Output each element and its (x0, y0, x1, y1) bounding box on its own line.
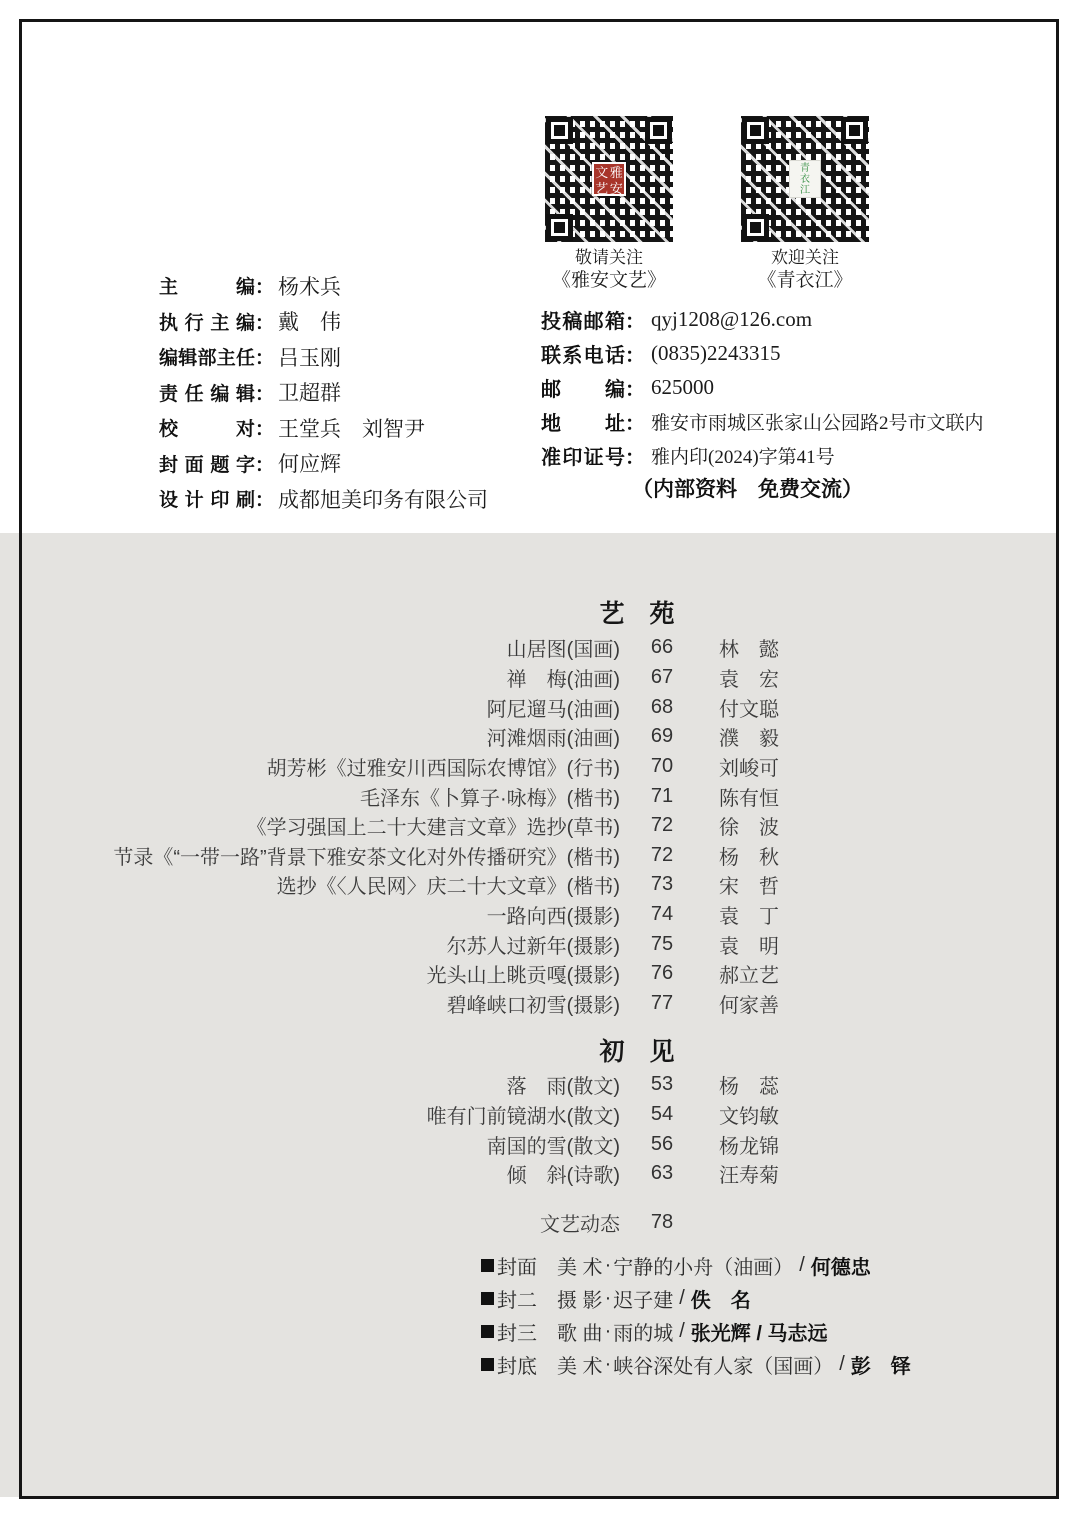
work-title: 南国的雪(散文) (60, 1130, 620, 1159)
colon: ： (255, 450, 274, 477)
contact-info-block: 投稿邮箱：qyj1208@126.com 联系电话：(0835)2243315 … (541, 302, 984, 504)
work-title: 碧峰峡口初雪(摄影) (60, 989, 620, 1018)
author-name: 濮 毅 (704, 722, 820, 751)
author-name: 陈有恒 (704, 782, 820, 811)
qr-code-yaan-wenyi: 文 雅 艺 安 (543, 114, 675, 244)
page-number: 70 (620, 755, 704, 778)
work-title: 节录《“一带一路”背景下雅安茶文化对外传播研究》(楷书) (60, 841, 620, 870)
cover-position-label: 封底 (497, 1350, 537, 1379)
slash-separator: / (839, 1353, 845, 1376)
black-square-icon (481, 1325, 494, 1338)
role-label: 封面题字 (159, 450, 255, 477)
dot-separator: · (605, 1353, 612, 1376)
colon: ： (625, 305, 645, 334)
page-number: 78 (620, 1211, 704, 1234)
author-name: 徐 波 (704, 811, 820, 840)
page-number: 74 (620, 903, 704, 926)
work-title: 《学习强国上二十大建言文章》选抄(草书) (60, 811, 620, 840)
toc-section-chujian: 落 雨(散文)53杨 蕊 唯有门前镜湖水(散文)54文钧敏 南国的雪(散文)56… (60, 1070, 820, 1189)
toc-row: 阿尼遛马(油画)68付文聪 (60, 692, 820, 722)
toc-row: 禅 梅(油画)67袁 宏 (60, 663, 820, 693)
dot-separator: · (605, 1287, 612, 1310)
cover-position-label: 封面 (497, 1251, 537, 1280)
address: 雅安市雨城区张家山公园路2号市文联内 (651, 408, 984, 435)
work-title: 唯有门前镜湖水(散文) (60, 1100, 620, 1129)
cover-credit-row: 封面美 术·宁静的小舟（油画）/何德忠 (481, 1249, 911, 1282)
author-name: 何家善 (704, 989, 820, 1018)
postal-code: 625000 (651, 375, 714, 400)
page-number: 69 (620, 725, 704, 748)
author-name: 郝立艺 (704, 959, 820, 988)
person-name: 王堂兵 刘智尹 (278, 413, 425, 443)
permit-number: 雅内印(2024)字第41号 (651, 442, 835, 469)
colon: ： (255, 308, 274, 335)
cover-position-label: 封三 (497, 1317, 537, 1346)
contact-label: 投稿邮箱 (541, 305, 625, 334)
contact-row: 投稿邮箱：qyj1208@126.com (541, 302, 984, 336)
editorial-row: 封面题字：何应辉 (159, 446, 488, 482)
editorial-row: 校对：王堂兵 刘智尹 (159, 410, 488, 446)
person-name: 何应辉 (278, 448, 341, 478)
work-title: 选抄《〈人民网〉庆二十大文章》(楷书) (60, 870, 620, 899)
page-number: 63 (620, 1162, 704, 1185)
qr-finder-icon (841, 117, 868, 144)
person-name: 戴 伟 (278, 306, 341, 336)
cover-author: 彭 铎 (851, 1350, 911, 1379)
qr-finder-icon (546, 117, 573, 144)
page-number: 67 (620, 666, 704, 689)
role-label: 主编 (159, 272, 255, 299)
author-name: 杨 蕊 (704, 1070, 820, 1099)
cover-work-title: 峡谷深处有人家（国画） (613, 1350, 833, 1379)
toc-row: 节录《“一带一路”背景下雅安茶文化对外传播研究》(楷书)72杨 秋 (60, 840, 820, 870)
person-name: 杨术兵 (278, 271, 341, 301)
work-title: 毛泽东《卜算子·咏梅》(楷书) (60, 782, 620, 811)
role-label: 责任编辑 (159, 379, 255, 406)
toc-row: 胡芳彬《过雅安川西国际农博馆》(行书)70刘峻可 (60, 752, 820, 782)
contact-row: 地址：雅安市雨城区张家山公园路2号市文联内 (541, 404, 984, 438)
author-name: 袁 丁 (704, 900, 820, 929)
colon: ： (255, 485, 274, 512)
logo-char: 文 (595, 165, 609, 180)
colon: ： (255, 379, 274, 406)
toc-row: 河滩烟雨(油画)69濮 毅 (60, 722, 820, 752)
caption-line: 《青衣江》 (695, 269, 915, 293)
qingyijiang-logo: 青 衣 江 (789, 160, 821, 198)
cover-work-title: 雨的城 (613, 1317, 673, 1346)
role-label: 校对 (159, 414, 255, 441)
page-number: 77 (620, 992, 704, 1015)
toc-extra: 文艺动态78 (60, 1208, 820, 1238)
cover-author: 张光辉 / 马志远 (691, 1317, 828, 1346)
logo-char: 艺 (595, 181, 609, 196)
cover-category: 歌 曲 (557, 1317, 603, 1346)
work-title: 山居图(国画) (60, 633, 620, 662)
contact-email: qyj1208@126.com (651, 307, 812, 332)
person-name: 成都旭美印务有限公司 (278, 484, 488, 514)
qr-caption-right: 欢迎关注 《青衣江》 (695, 247, 915, 293)
black-square-icon (481, 1259, 494, 1272)
section-heading-chujian: 初 见 (532, 1032, 742, 1068)
colon: ： (625, 441, 645, 470)
logo-char: 江 (800, 185, 810, 196)
author-name: 林 懿 (704, 633, 820, 662)
dot-separator: · (605, 1254, 612, 1277)
author-name: 杨 秋 (704, 841, 820, 870)
qr-finder-icon (645, 117, 672, 144)
toc-row: 山居图(国画)66林 懿 (60, 633, 820, 663)
internal-material-note: （内部资料 免费交流） (632, 472, 984, 504)
toc-row: 落 雨(散文)53杨 蕊 (60, 1070, 820, 1100)
author-name: 汪寿菊 (704, 1159, 820, 1188)
page-number: 72 (620, 814, 704, 837)
editorial-row: 主编：杨术兵 (159, 268, 488, 304)
dot-separator: · (605, 1320, 612, 1343)
cover-work-title: 迟子建 (613, 1284, 673, 1313)
toc-row: 毛泽东《卜算子·咏梅》(楷书)71陈有恒 (60, 781, 820, 811)
page-number: 56 (620, 1133, 704, 1156)
work-title: 一路向西(摄影) (60, 900, 620, 929)
slash-separator: / (679, 1320, 685, 1343)
work-title: 胡芳彬《过雅安川西国际农博馆》(行书) (60, 752, 620, 781)
editorial-row: 责任编辑：卫超群 (159, 375, 488, 411)
editorial-row: 设计印刷：成都旭美印务有限公司 (159, 481, 488, 517)
cover-author: 佚 名 (691, 1284, 751, 1313)
page-number: 54 (620, 1103, 704, 1126)
yaan-wenyi-seal-logo: 文 雅 艺 安 (592, 162, 626, 196)
page-number: 53 (620, 1073, 704, 1096)
qr-finder-icon (742, 214, 769, 241)
cover-work-title: 宁静的小舟（油画） (613, 1251, 793, 1280)
caption-line: 敬请关注 (499, 247, 719, 269)
contact-phone: (0835)2243315 (651, 341, 781, 366)
toc-row: 文艺动态78 (60, 1208, 820, 1238)
work-title: 倾 斜(诗歌) (60, 1159, 620, 1188)
magazine-colophon-page: 文 雅 艺 安 青 衣 江 敬请关注 《雅安文艺》 欢迎关注 《青衣江》 主编：… (0, 0, 1080, 1514)
colon: ： (625, 339, 645, 368)
editorial-row: 执行主编：戴 伟 (159, 304, 488, 340)
work-title: 落 雨(散文) (60, 1070, 620, 1099)
caption-line: 欢迎关注 (695, 247, 915, 269)
contact-row: 邮编：625000 (541, 370, 984, 404)
role-label: 编辑部主任 (159, 343, 255, 370)
page-number: 66 (620, 636, 704, 659)
logo-char: 衣 (800, 174, 810, 185)
editorial-row: 编辑部主任：吕玉刚 (159, 339, 488, 375)
toc-row: 碧峰峡口初雪(摄影)77何家善 (60, 989, 820, 1019)
page-number: 76 (620, 962, 704, 985)
page-number: 68 (620, 696, 704, 719)
work-title: 河滩烟雨(油画) (60, 722, 620, 751)
work-title: 光头山上眺贡嘎(摄影) (60, 959, 620, 988)
work-title: 尔苏人过新年(摄影) (60, 930, 620, 959)
cover-author: 何德忠 (811, 1251, 871, 1280)
toc-row: 一路向西(摄影)74袁 丁 (60, 900, 820, 930)
cover-credits-block: 封面美 术·宁静的小舟（油画）/何德忠 封二摄 影·迟子建/佚 名 封三歌 曲·… (481, 1249, 911, 1381)
qr-finder-icon (546, 214, 573, 241)
contact-label: 准印证号 (541, 441, 625, 470)
colon: ： (255, 343, 274, 370)
black-square-icon (481, 1358, 494, 1371)
slash-separator: / (799, 1254, 805, 1277)
author-name: 宋 哲 (704, 870, 820, 899)
editorial-staff-block: 主编：杨术兵 执行主编：戴 伟 编辑部主任：吕玉刚 责任编辑：卫超群 校对：王堂… (159, 268, 488, 517)
cover-credit-row: 封二摄 影·迟子建/佚 名 (481, 1282, 911, 1315)
contact-row: 准印证号：雅内印(2024)字第41号 (541, 438, 984, 472)
black-square-icon (481, 1292, 494, 1305)
colon: ： (625, 407, 645, 436)
qr-finder-icon (742, 117, 769, 144)
toc-row: 唯有门前镜湖水(散文)54文钧敏 (60, 1100, 820, 1130)
logo-char: 青 (800, 163, 810, 174)
colon: ： (255, 414, 274, 441)
page-number: 71 (620, 785, 704, 808)
role-label: 设计印刷 (159, 485, 255, 512)
logo-char: 雅 (610, 165, 624, 180)
toc-row: 光头山上眺贡嘎(摄影)76郝立艺 (60, 959, 820, 989)
toc-row: 南国的雪(散文)56杨龙锦 (60, 1129, 820, 1159)
slash-separator: / (679, 1287, 685, 1310)
colon: ： (255, 272, 274, 299)
person-name: 卫超群 (278, 377, 341, 407)
work-title: 禅 梅(油画) (60, 663, 620, 692)
role-label: 执行主编 (159, 308, 255, 335)
toc-row: 尔苏人过新年(摄影)75袁 明 (60, 929, 820, 959)
qr-caption-left: 敬请关注 《雅安文艺》 (499, 247, 719, 293)
cover-category: 美 术 (557, 1350, 603, 1379)
contact-label: 地址 (541, 407, 625, 436)
work-title: 阿尼遛马(油画) (60, 693, 620, 722)
contact-row: 联系电话：(0835)2243315 (541, 336, 984, 370)
work-title: 文艺动态 (60, 1208, 620, 1237)
page-number: 73 (620, 873, 704, 896)
caption-line: 《雅安文艺》 (499, 269, 719, 293)
author-name: 文钧敏 (704, 1100, 820, 1129)
author-name: 袁 宏 (704, 663, 820, 692)
section-heading-yiyuan: 艺 苑 (532, 594, 742, 630)
logo-char: 安 (610, 181, 624, 196)
toc-section-yiyuan: 山居图(国画)66林 懿 禅 梅(油画)67袁 宏 阿尼遛马(油画)68付文聪 … (60, 633, 820, 1018)
cover-credit-row: 封三歌 曲·雨的城/张光辉 / 马志远 (481, 1315, 911, 1348)
cover-category: 摄 影 (557, 1284, 603, 1313)
cover-position-label: 封二 (497, 1284, 537, 1313)
page-number: 72 (620, 844, 704, 867)
cover-category: 美 术 (557, 1251, 603, 1280)
cover-credit-row: 封底美 术·峡谷深处有人家（国画）/彭 铎 (481, 1348, 911, 1381)
contact-label: 邮编 (541, 373, 625, 402)
toc-row: 倾 斜(诗歌)63汪寿菊 (60, 1159, 820, 1189)
colon: ： (625, 373, 645, 402)
author-name: 杨龙锦 (704, 1130, 820, 1159)
page-number: 75 (620, 933, 704, 956)
toc-row: 《学习强国上二十大建言文章》选抄(草书)72徐 波 (60, 811, 820, 841)
toc-row: 选抄《〈人民网〉庆二十大文章》(楷书)73宋 哲 (60, 870, 820, 900)
qr-code-qingyijiang: 青 衣 江 (739, 114, 871, 244)
person-name: 吕玉刚 (278, 342, 341, 372)
author-name: 刘峻可 (704, 752, 820, 781)
contact-label: 联系电话 (541, 339, 625, 368)
author-name: 付文聪 (704, 693, 820, 722)
author-name: 袁 明 (704, 930, 820, 959)
